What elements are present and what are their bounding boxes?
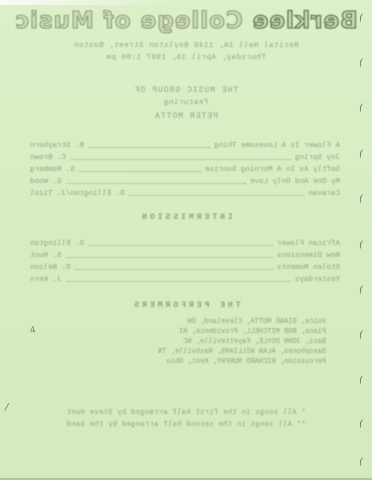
performer-line: Piano, BOB MITCHELL, Providence, RI bbox=[46, 327, 326, 337]
dot-leader bbox=[88, 245, 273, 246]
dot-leader bbox=[66, 257, 273, 258]
binding-mark-icon: ( bbox=[358, 375, 370, 387]
dot-leader bbox=[70, 159, 291, 160]
composer: G. Wood bbox=[30, 178, 62, 186]
binding-mark-icon: ( bbox=[358, 457, 370, 469]
dot-leader bbox=[88, 147, 210, 148]
composer: D. Ellington bbox=[30, 240, 84, 248]
dot-leader bbox=[66, 281, 291, 282]
song-title: My One And Only Love bbox=[250, 178, 340, 186]
dot-leader bbox=[66, 183, 246, 184]
binding-mark-icon: ( bbox=[358, 13, 370, 25]
binding-mark-icon: ( bbox=[358, 149, 370, 161]
composer: S. Hunt bbox=[30, 252, 62, 260]
dot-leader bbox=[129, 195, 305, 196]
program-row: YesterdaysJ. Kern bbox=[30, 272, 340, 284]
program-row: My One And Only LoveG. Wood bbox=[30, 174, 340, 186]
song-title: Joy Spring bbox=[295, 154, 340, 162]
footnotes-block: * All songs in the first half arranged b… bbox=[0, 408, 372, 431]
composer: S. Romberg bbox=[30, 166, 75, 174]
footnote-line-2: ** All songs in the second half arranged… bbox=[0, 420, 372, 432]
performer-line: Voice, DIANE MOTTA, Cleveland, OH bbox=[46, 317, 326, 327]
composer: J. Kern bbox=[30, 276, 62, 284]
venue-line: Recital Hall 1A, 1140 Boylston Street, B… bbox=[0, 40, 372, 52]
mirrored-showthrough-layer: Berklee College of Music Recital Hall 1A… bbox=[0, 0, 372, 480]
concert-line-3: PETER MOTTA bbox=[0, 110, 372, 123]
song-title: A Flower Is A Lovesome Thing bbox=[214, 142, 340, 150]
composer: C. Brown bbox=[30, 154, 66, 162]
binding-mark-icon: ( bbox=[358, 58, 370, 70]
performers-list: Voice, DIANE MOTTA, Cleveland, OH Piano,… bbox=[46, 317, 326, 367]
dot-leader bbox=[79, 171, 201, 172]
binding-mark-icon: ( bbox=[358, 330, 370, 342]
program-row: Stolen MomentsO. Nelson bbox=[30, 260, 340, 272]
program-row: Joy SpringC. Brown bbox=[30, 150, 340, 162]
dot-leader bbox=[75, 269, 273, 270]
program-row: A Flower Is A Lovesome ThingB. Strayhorn bbox=[30, 138, 340, 150]
song-title: Yesterdays bbox=[295, 276, 340, 284]
composer: O. Nelson bbox=[30, 264, 71, 272]
concert-line-1: THE MUSIC GROUP OF bbox=[0, 84, 372, 97]
footnote-line-1: * All songs in the first half arranged b… bbox=[0, 408, 372, 420]
binding-mark-icon: ( bbox=[358, 194, 370, 206]
program-list-second-half: African FlowerD. Ellington New Dimension… bbox=[30, 236, 340, 284]
composer: B. Strayhorn bbox=[30, 142, 84, 150]
program-row: African FlowerD. Ellington bbox=[30, 236, 340, 248]
song-title: African Flower bbox=[277, 240, 340, 248]
concert-title-block: THE MUSIC GROUP OF featuring PETER MOTTA bbox=[0, 84, 372, 123]
intermission-heading: INTERMISSION bbox=[0, 213, 372, 222]
composer: D. Ellington/J. Tizol bbox=[30, 190, 125, 198]
logo-college-text: College of Music bbox=[14, 8, 242, 34]
performers-heading: THE PERFORMERS bbox=[0, 301, 372, 310]
song-title: Stolen Moments bbox=[277, 264, 340, 272]
berklee-logo: Berklee College of Music bbox=[0, 8, 372, 34]
binding-mark-icon: ( bbox=[358, 419, 370, 431]
song-title: Caravan bbox=[308, 190, 340, 198]
program-row: Softly As In A Morning SunriseS. Romberg bbox=[30, 162, 340, 174]
song-title: Softly As In A Morning Sunrise bbox=[205, 166, 340, 174]
binding-mark-icon: ( bbox=[358, 285, 370, 297]
program-row: New DimensionsS. Hunt bbox=[30, 248, 340, 260]
binding-mark-icon: ( bbox=[358, 103, 370, 115]
performer-line: Bass, JOHN DOYLE, Fayetteville, NC bbox=[46, 337, 326, 347]
binding-marks-column: ( ( ( ( ( ( ( ( ( ( ( bbox=[357, 0, 371, 480]
binding-mark-icon: ( bbox=[358, 240, 370, 252]
program-list-first-half: A Flower Is A Lovesome ThingB. Strayhorn… bbox=[30, 138, 340, 198]
song-title: New Dimensions bbox=[277, 252, 340, 260]
venue-block: Recital Hall 1A, 1140 Boylston Street, B… bbox=[0, 40, 372, 64]
concert-line-2: featuring bbox=[0, 97, 372, 110]
performer-line: Percussion, RICHARD MURPHY, Kent, Ohio bbox=[46, 357, 326, 367]
program-row: CaravanD. Ellington/J. Tizol bbox=[30, 186, 340, 198]
scanned-program-page-back: Berklee College of Music Recital Hall 1A… bbox=[0, 0, 372, 480]
datetime-line: Thursday, April 16, 1987 1:00 pm bbox=[0, 52, 372, 64]
performer-line: Saxophones, ALAN WILLIAMS, Nashville, TN bbox=[46, 347, 326, 357]
logo-berklee-text: Berklee bbox=[243, 8, 358, 34]
